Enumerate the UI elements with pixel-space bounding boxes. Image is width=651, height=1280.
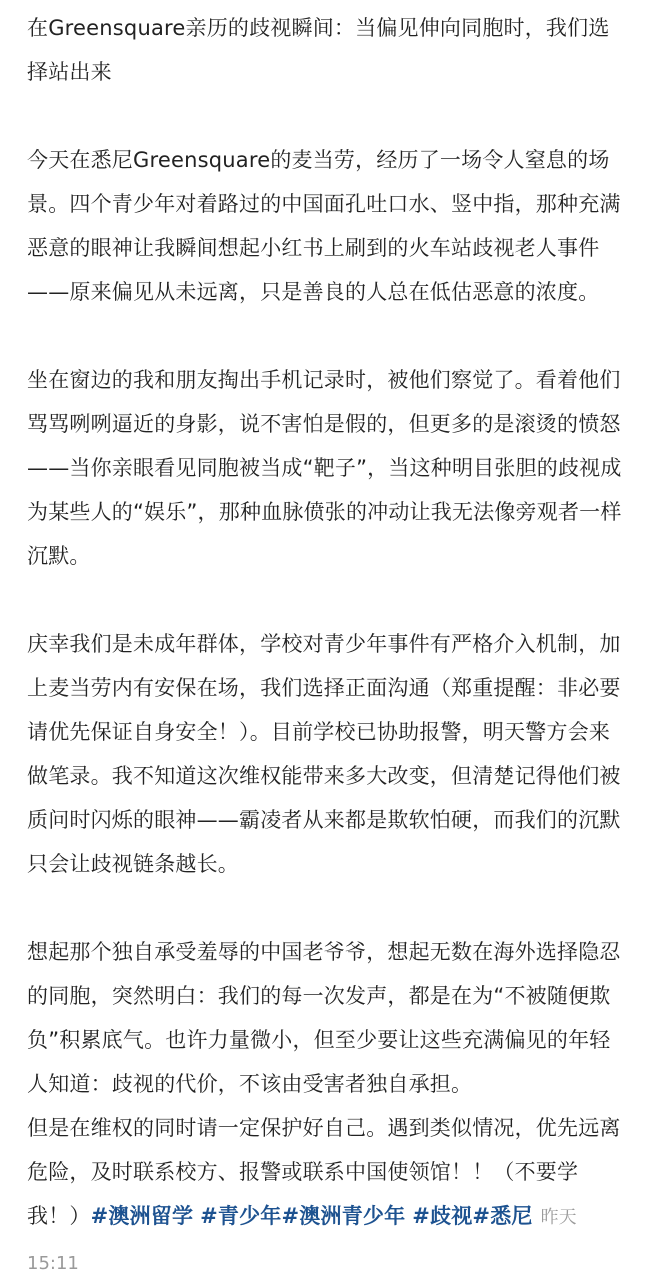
hashtag-link[interactable]: #澳洲青少年 bbox=[282, 1204, 406, 1228]
post-title: 在Greensquare亲历的歧视瞬间：当偏见伸向同胞时，我们选择站出来 bbox=[27, 6, 625, 94]
post-body: 在Greensquare亲历的歧视瞬间：当偏见伸向同胞时，我们选择站出来 今天在… bbox=[0, 0, 651, 1280]
post-closing: 但是在维权的同时请一定保护好自己。遇到类似情况，优先远离危险，及时联系校方、报警… bbox=[27, 1106, 625, 1280]
post-paragraph: 坐在窗边的我和朋友掏出手机记录时，被他们察觉了。看着他们骂骂咧咧逼近的身影，说不… bbox=[27, 358, 625, 578]
post-paragraph: 想起那个独自承受羞辱的中国老爷爷，想起无数在海外选择隐忍的同胞，突然明白：我们的… bbox=[27, 930, 625, 1106]
spacer bbox=[27, 578, 625, 622]
hashtag-link[interactable]: #青少年 bbox=[200, 1204, 281, 1228]
hashtag-link[interactable]: #歧视 bbox=[412, 1204, 472, 1228]
spacer bbox=[27, 314, 625, 358]
spacer bbox=[27, 886, 625, 930]
spacer bbox=[27, 94, 625, 138]
post-paragraph: 庆幸我们是未成年群体，学校对青少年事件有严格介入机制，加上麦当劳内有安保在场，我… bbox=[27, 622, 625, 886]
post-paragraph: 今天在悉尼Greensquare的麦当劳，经历了一场令人窒息的场景。四个青少年对… bbox=[27, 138, 625, 314]
hashtag-link[interactable]: #悉尼 bbox=[472, 1204, 532, 1228]
hashtag-link[interactable]: #澳洲留学 bbox=[91, 1204, 194, 1228]
